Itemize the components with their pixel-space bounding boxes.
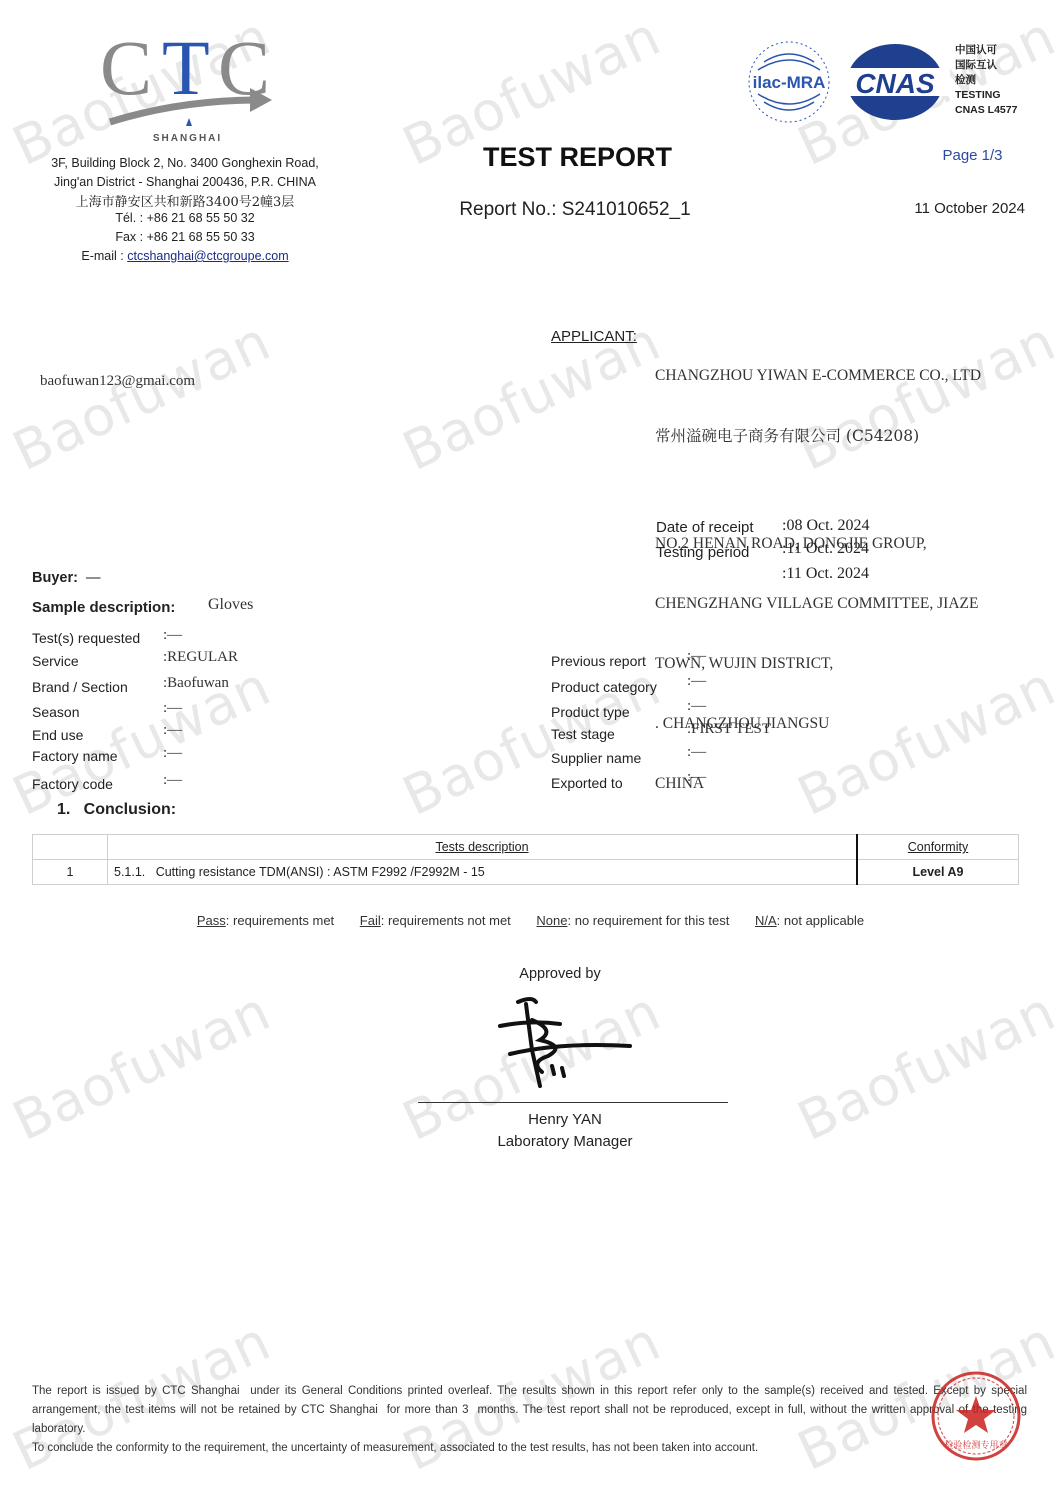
footer-paragraph-2: To conclude the conformity to the requir… (32, 1439, 1027, 1458)
table-header-row: Tests description Conformity (33, 835, 1019, 860)
svg-text:ilac-MRA: ilac-MRA (753, 73, 826, 92)
field-value-tests-requested: :— (163, 627, 182, 644)
ilac-mra-icon: ilac-MRA (749, 42, 829, 122)
field-value-factory-code: :— (163, 772, 182, 789)
report-number: Report No.: S241010652_1 (420, 199, 730, 221)
official-stamp-icon: 检验检测专用章 (930, 1370, 1022, 1462)
field-label-tests-requested: Test(s) requested (32, 630, 140, 646)
signature-image (470, 990, 670, 1095)
conformity-legend: Pass: requirements met Fail: requirement… (0, 913, 1061, 928)
row-conformity: Level A9 (857, 860, 1019, 885)
approved-by-label: Approved by (460, 966, 660, 982)
signer-role: Laboratory Manager (440, 1133, 690, 1150)
field-label-factory-code: Factory code (32, 776, 113, 792)
field-label-brand-section: Brand / Section (32, 679, 128, 695)
field-label-test-stage: Test stage (551, 726, 615, 742)
footer-disclaimer: The report is issued by CTC Shanghai und… (32, 1382, 1027, 1458)
page-number: Page 1/3 (920, 147, 1025, 164)
footer-paragraph-1: The report is issued by CTC Shanghai und… (32, 1382, 1027, 1439)
lab-address-line-1: 3F, Building Block 2, No. 3400 Gonghexin… (30, 156, 340, 170)
lab-tel: Tél. : +86 21 68 55 50 32 (30, 211, 340, 225)
conclusion-table: Tests description Conformity 1 5.1.1. Cu… (32, 834, 1019, 885)
svg-text:检验检测专用章: 检验检测专用章 (944, 1439, 1007, 1451)
cnas-logo-icon: CNAS (840, 44, 950, 120)
buyer-row: Buyer:— (32, 570, 100, 586)
applicant-address-line: CHENGZHANG VILLAGE COMMITTEE, JIAZE (655, 594, 981, 614)
buyer-value: — (86, 570, 101, 586)
row-index: 1 (33, 860, 108, 885)
table-header-conformity: Conformity (857, 835, 1019, 860)
testing-period-from: :11 Oct. 2024 (782, 540, 869, 558)
field-label-end-use: End use (32, 727, 83, 743)
lab-address-line-2: Jing'an District - Shanghai 200436, P.R.… (30, 175, 340, 189)
signer-name: Henry YAN (460, 1111, 670, 1128)
testing-period-to: :11 Oct. 2024 (782, 565, 869, 583)
conclusion-heading: 1. Conclusion: (57, 801, 176, 819)
contact-email: baofuwan123@gmai.com (40, 373, 195, 390)
field-value-product-type: :— (687, 698, 706, 715)
buyer-label: Buyer: (32, 570, 78, 586)
test-report-page: C T C SHANGHAI 3F, Building Block 2, No.… (0, 0, 1061, 1500)
row-description: 5.1.1. Cutting resistance TDM(ANSI) : AS… (108, 860, 858, 885)
legend-none: None: no requirement for this test (536, 913, 729, 928)
lab-email-link[interactable]: ctcshanghai@ctcgroupe.com (127, 249, 288, 263)
lab-address-line-cn: 上海市静安区共和新路3400号2幢3层 (30, 191, 340, 210)
field-value-test-stage: :FIRST TEST (687, 721, 771, 738)
field-value-brand-section: :Baofuwan (163, 675, 229, 692)
field-value-supplier-name: :— (687, 744, 706, 761)
signature-line (418, 1102, 728, 1103)
field-value-exported-to: :— (687, 769, 706, 786)
field-label-season: Season (32, 704, 79, 720)
field-value-factory-name: :— (163, 745, 182, 762)
sample-description-label: Sample description: (32, 599, 175, 616)
lab-email-row: E-mail : ctcshanghai@ctcgroupe.com (30, 249, 340, 263)
field-label-service: Service (32, 653, 79, 669)
accreditation-text: 中国认可 国际互认 检测 TESTING CNAS L4577 (955, 43, 1017, 118)
table-header-index (33, 835, 108, 860)
date-of-receipt-value: :08 Oct. 2024 (782, 517, 870, 535)
ctc-city-label: SHANGHAI (120, 133, 255, 144)
field-value-end-use: :— (163, 722, 182, 739)
applicant-label: APPLICANT: (551, 328, 637, 345)
legend-fail: Fail: requirements not met (360, 913, 511, 928)
svg-text:CNAS: CNAS (855, 68, 935, 99)
svg-text:C: C (100, 24, 152, 111)
applicant-company-cn: 常州溢碗电子商务有限公司 (C54208) (655, 426, 981, 446)
legend-pass: Pass: requirements met (197, 913, 334, 928)
field-value-product-category: :— (687, 673, 706, 690)
sample-description-value: Gloves (208, 596, 253, 614)
lab-fax: Fax : +86 21 68 55 50 33 (30, 230, 340, 244)
field-value-service: :REGULAR (163, 649, 238, 666)
table-row: 1 5.1.1. Cutting resistance TDM(ANSI) : … (33, 860, 1019, 885)
date-of-receipt-label: Date of receipt (656, 519, 754, 536)
report-title: TEST REPORT (440, 142, 715, 173)
field-label-product-type: Product type (551, 704, 630, 720)
field-label-product-category: Product category (551, 679, 657, 695)
field-label-supplier-name: Supplier name (551, 750, 641, 766)
field-value-season: :— (163, 700, 182, 717)
field-label-exported-to: Exported to (551, 775, 623, 791)
report-date: 11 October 2024 (880, 200, 1025, 217)
field-value-previous-report: :— (687, 648, 706, 665)
applicant-company-en: CHANGZHOU YIWAN E-COMMERCE CO., LTD (655, 366, 981, 386)
lab-email-label: E-mail : (81, 249, 127, 263)
table-header-description: Tests description (108, 835, 858, 860)
legend-na: N/A: not applicable (755, 913, 864, 928)
svg-text:T: T (162, 24, 210, 111)
field-label-factory-name: Factory name (32, 748, 118, 764)
ctc-logo: C T C (100, 22, 280, 132)
testing-period-label: Testing period (656, 544, 749, 561)
field-label-previous-report: Previous report (551, 653, 646, 669)
